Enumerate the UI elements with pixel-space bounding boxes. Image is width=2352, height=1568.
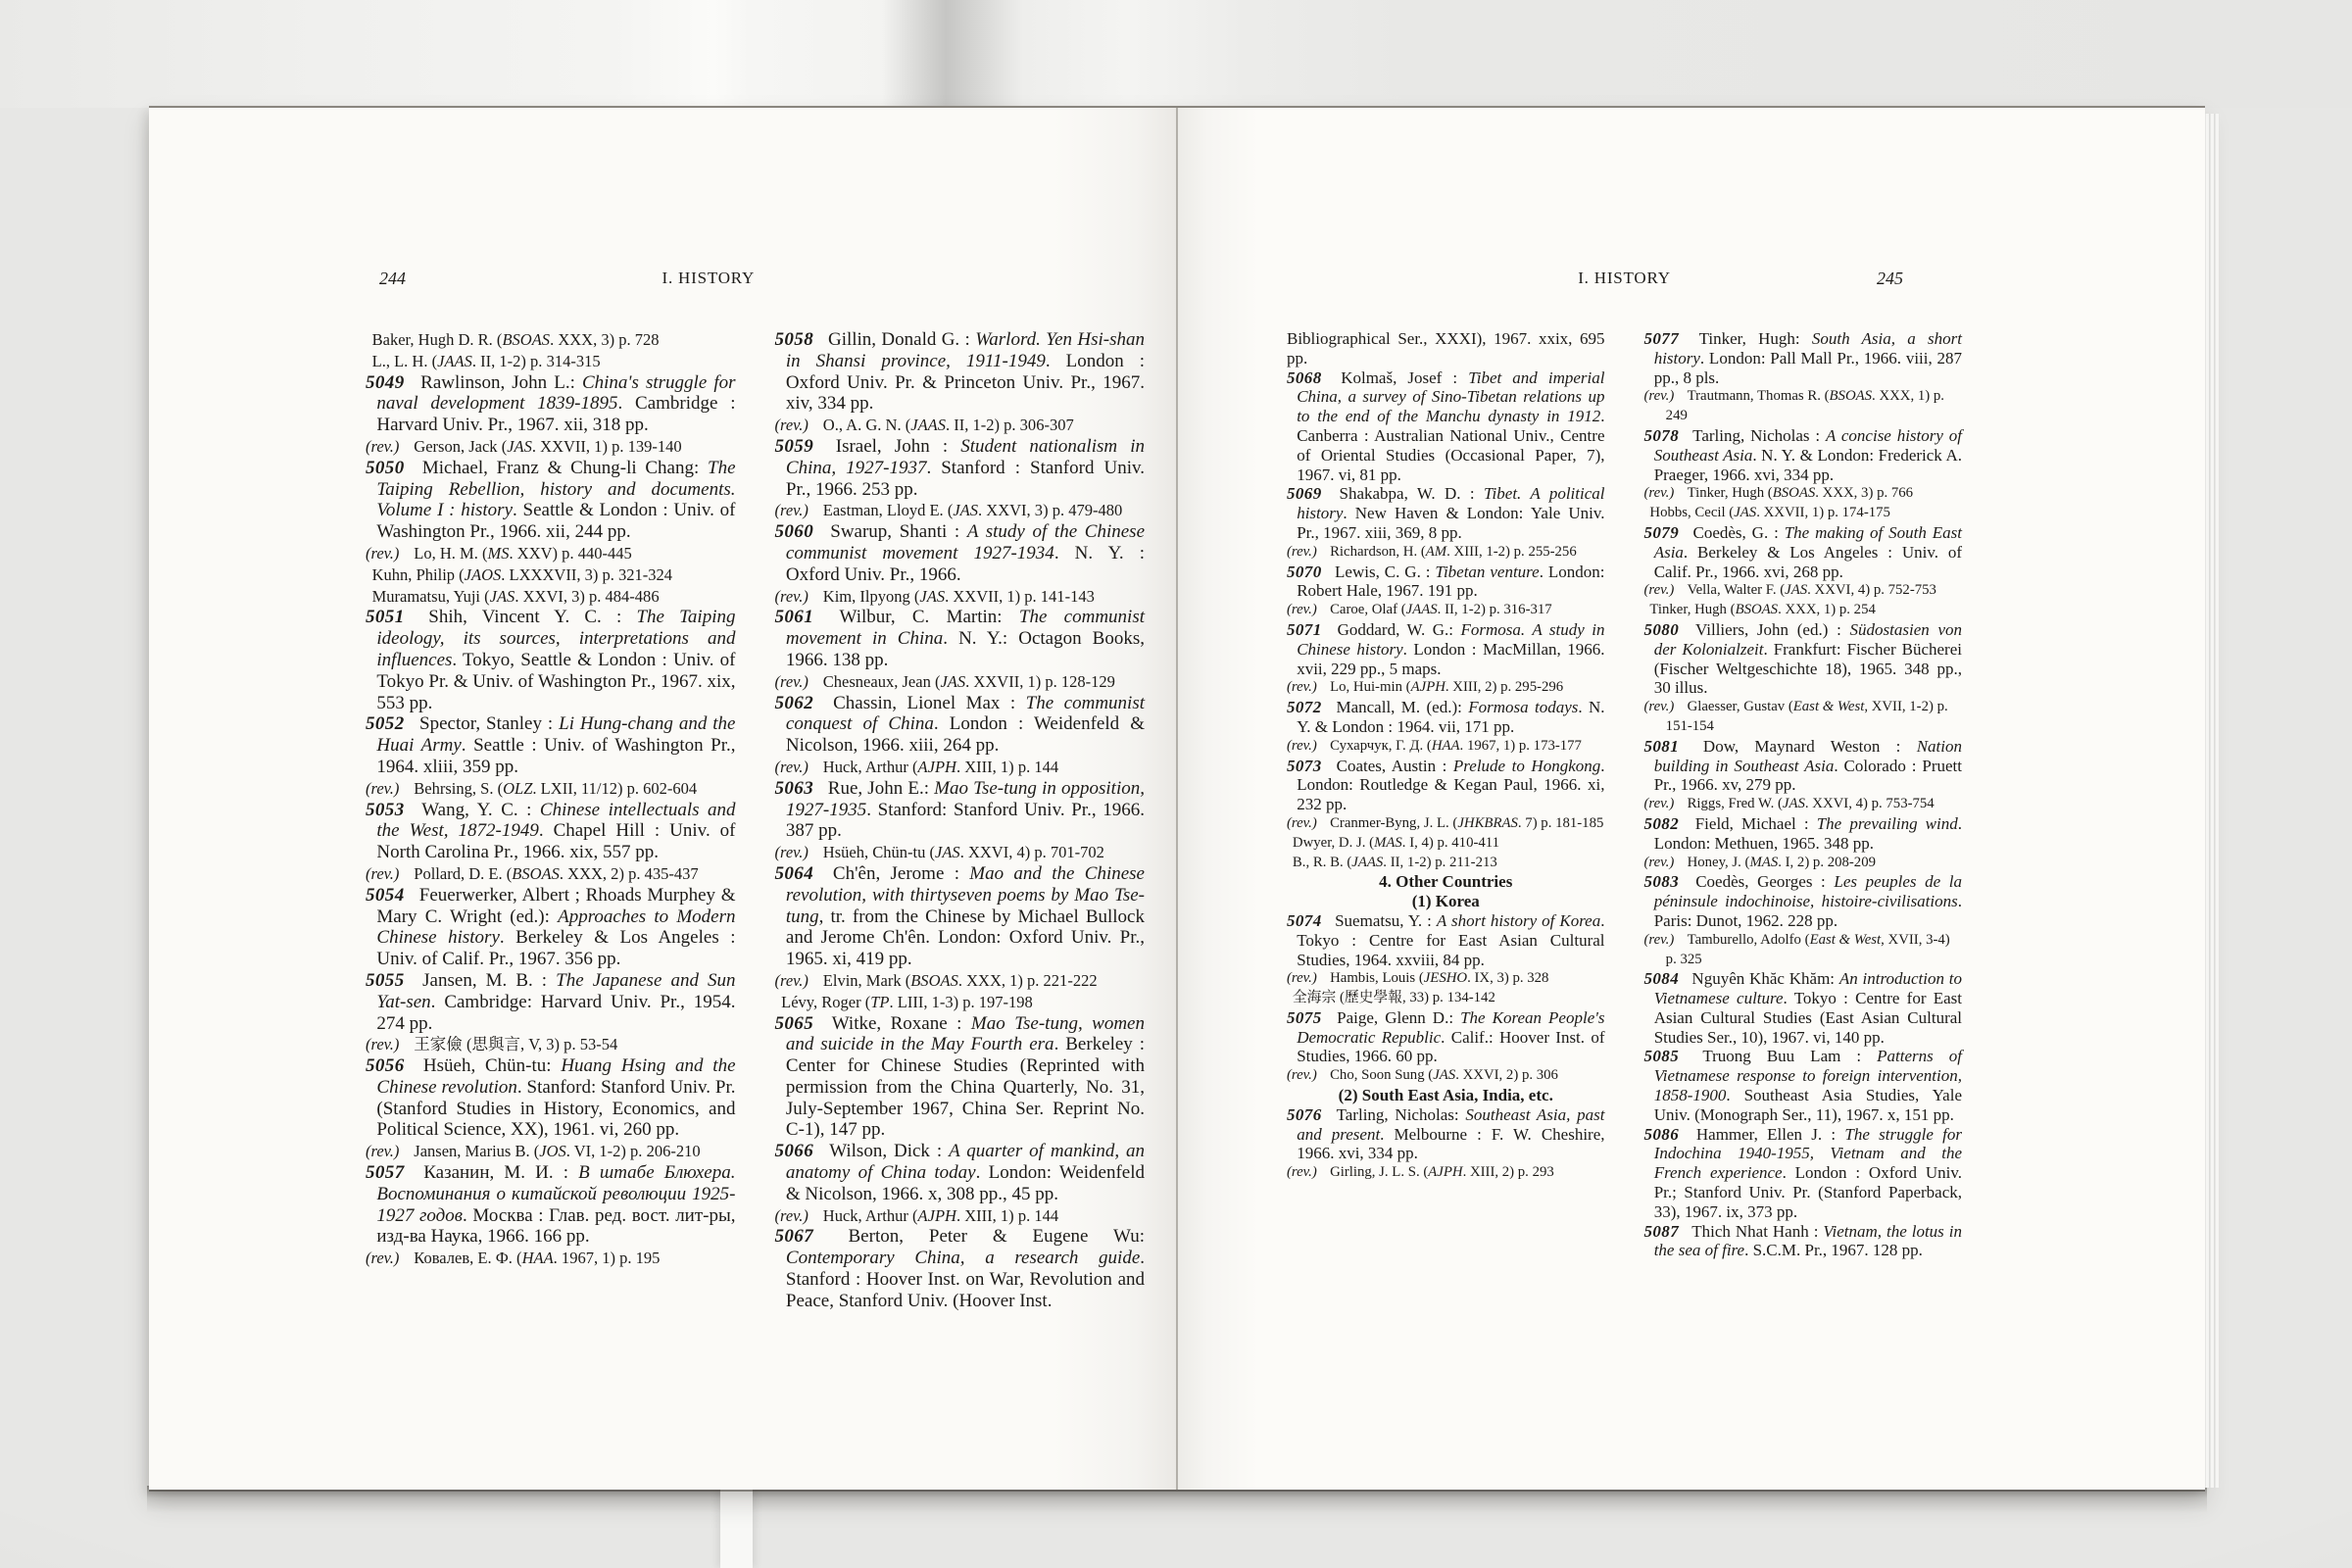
entry-number: 5073 (1287, 757, 1322, 775)
entry-number: 5055 (366, 970, 405, 991)
text-segment: JAS (1785, 582, 1807, 598)
text-segment: . S.C.M. Pr., 1967. 128 pp. (1744, 1241, 1923, 1259)
text-segment: Caroe, Olaf ( (1330, 602, 1406, 617)
review-line: (rev.)O., A. G. N. (JAAS. II, 1-2) p. 30… (775, 415, 1146, 436)
text-segment: Behrsing, S. ( (414, 779, 503, 798)
text-segment: AJPH (1411, 679, 1445, 695)
text-segment: Bibliographical Ser., XXXI), 1967. xxix,… (1287, 329, 1605, 367)
text-segment: JAS (1433, 1067, 1455, 1083)
text-segment: . XIII, 1) p. 144 (956, 1206, 1058, 1225)
page-number-left: 244 (379, 269, 406, 289)
review-marker: (rev.) (1287, 738, 1317, 754)
text-segment: JOS (539, 1142, 566, 1160)
bibliography-entry: 5080 Villiers, John (ed.) : Südostasien … (1644, 620, 1963, 698)
review-marker: (rev.) (1644, 855, 1675, 870)
text-segment: . 1967, 1) p. 195 (554, 1249, 661, 1267)
review-line: (rev.)Caroe, Olaf (JAAS. II, 1-2) p. 316… (1287, 601, 1605, 620)
text-segment: Gillin, Donald G. : (823, 329, 976, 350)
text-segment: Hsüeh, Chün-tu: (414, 1055, 561, 1076)
bibliography-entry: 5084 Nguyên Khăc Khăm: An introduction t… (1644, 969, 1963, 1047)
entry-number: 5072 (1287, 698, 1322, 716)
review-marker: (rev.) (775, 587, 808, 606)
page-244-body: Baker, Hugh D. R. (BSOAS. XXX, 3) p. 728… (366, 329, 1145, 1312)
text-segment: Muramatsu, Yuji ( (372, 587, 490, 606)
text-segment: Chassin, Lionel Max : (823, 693, 1026, 713)
text-segment: . XXVI, 4) p. 701-702 (960, 843, 1104, 861)
review-line: (rev.)Gerson, Jack (JAS. XXVII, 1) p. 13… (366, 436, 736, 458)
bibliography-entry: 5070 Lewis, C. G. : Tibetan venture. Lon… (1287, 563, 1605, 602)
text-segment: Kim, Ilpyong ( (823, 587, 920, 606)
page-245-column-1: Bibliographical Ser., XXXI), 1967. xxix,… (1287, 329, 1605, 1260)
text-segment: . XXX, 3) p. 766 (1815, 485, 1913, 501)
text-segment: BSOAS (512, 864, 560, 883)
text-segment: Tarling, Nicholas : (1688, 426, 1826, 445)
text-segment: A short history of Korea (1437, 911, 1600, 930)
review-line: (rev.)Cranmer-Byng, J. L. (JHKBRAS. 7) p… (1287, 814, 1605, 834)
bibliography-entry: 5064 Ch'ên, Jerome : Mao and the Chinese… (775, 863, 1146, 970)
page-stack-fore-edge (2205, 114, 2219, 1488)
text-segment: Tinker, Hugh: (1688, 329, 1812, 348)
text-segment: Prelude to Hongkong (1453, 757, 1600, 775)
review-marker: (rev.) (775, 758, 808, 776)
review-line: L., L. H. (JAAS. II, 1-2) p. 314-315 (366, 351, 736, 372)
text-segment: . XIII, 2) p. 295-296 (1445, 679, 1563, 695)
text-segment: Jansen, Marius B. ( (414, 1142, 539, 1160)
review-line: (rev.)Tinker, Hugh (BSOAS. XXX, 3) p. 76… (1644, 484, 1963, 504)
bibliography-entry: 5062 Chassin, Lionel Max : The communist… (775, 693, 1146, 757)
text-segment: Tamburello, Adolfo ( (1688, 932, 1810, 948)
bibliography-entry: 5049 Rawlinson, John L.: China's struggl… (366, 372, 736, 436)
text-segment: Field, Michael : (1688, 814, 1817, 833)
review-line: (rev.)Vella, Walter F. (JAS. XXVI, 4) p.… (1644, 581, 1963, 601)
entry-number: 5077 (1644, 329, 1680, 348)
review-marker: (rev.) (1287, 970, 1317, 986)
text-segment: 4. Other Countries (1379, 872, 1512, 891)
photo-background-top (0, 0, 2352, 108)
text-segment: AJPH (918, 758, 956, 776)
entry-number: 5086 (1644, 1125, 1680, 1144)
bibliography-entry: 5050 Michael, Franz & Chung-li Chang: Th… (366, 458, 736, 543)
text-segment: The prevailing wind (1817, 814, 1958, 833)
text-segment: Honey, J. ( (1688, 855, 1750, 870)
text-segment: Ch'ên, Jerome : (823, 863, 970, 884)
entry-number: 5066 (775, 1141, 814, 1161)
text-segment: JESHO (1424, 970, 1467, 986)
section-heading: 4. Other Countries (1287, 872, 1605, 892)
text-segment: . XXVII, 1) p. 141-143 (945, 587, 1095, 606)
text-segment: . II, 1-2) p. 211-213 (1383, 855, 1496, 870)
review-marker: (rev.) (1287, 602, 1317, 617)
bibliography-entry: 5071 Goddard, W. G.: Formosa. A study in… (1287, 620, 1605, 678)
review-line: (rev.)Сухарчук, Г. Д. (НАА. 1967, 1) p. … (1287, 737, 1605, 757)
review-line: (rev.)Lo, H. M. (MS. XXV) p. 440-445 (366, 543, 736, 564)
text-segment: (1) Korea (1412, 892, 1480, 910)
review-line: (rev.)Chesneaux, Jean (JAS. XXVII, 1) p.… (775, 671, 1146, 693)
text-segment: JAS (1783, 796, 1805, 811)
entry-number: 5078 (1644, 426, 1680, 445)
text-segment: JAS (935, 843, 960, 861)
bibliography-entry: 5073 Coates, Austin : Prelude to Hongkon… (1287, 757, 1605, 814)
text-segment: Coates, Austin : (1330, 757, 1453, 775)
bibliography-entry: 5086 Hammer, Ellen J. : The struggle for… (1644, 1125, 1963, 1222)
bibliography-entry: 5051 Shih, Vincent Y. C. : The Taiping i… (366, 607, 736, 713)
entry-number: 5068 (1287, 368, 1322, 387)
bibliography-entry: 5075 Paige, Glenn D.: The Korean People'… (1287, 1008, 1605, 1066)
bibliography-entry: 5066 Wilson, Dick : A quarter of mankind… (775, 1141, 1146, 1204)
bibliography-entry: 5074 Suematsu, Y. : A short history of K… (1287, 911, 1605, 969)
entry-number: 5050 (366, 458, 405, 478)
text-segment: Vella, Walter F. ( (1688, 582, 1786, 598)
text-segment: Formosa todays (1468, 698, 1578, 716)
review-marker: (rev.) (775, 843, 808, 861)
review-line: (rev.)Hsüeh, Chün-tu (JAS. XXVI, 4) p. 7… (775, 842, 1146, 863)
entry-number: 5085 (1644, 1047, 1680, 1065)
text-segment: Wilbur, C. Martin: (823, 607, 1019, 627)
entry-number: 5071 (1287, 620, 1322, 639)
review-line: Dwyer, D. J. (MAS. I, 4) p. 410-411 (1287, 834, 1605, 854)
text-segment: MS (488, 544, 510, 563)
page-244-header: 244 I. HISTORY (366, 269, 1145, 294)
entry-number: 5079 (1644, 523, 1680, 542)
page-244-column-1: Baker, Hugh D. R. (BSOAS. XXX, 3) p. 728… (366, 329, 736, 1312)
bibliography-entry: 5059 Israel, John : Student nationalism … (775, 436, 1146, 500)
text-segment: . 1967, 1) p. 173-177 (1460, 738, 1582, 754)
text-segment: Wang, Y. C. : (414, 800, 540, 820)
text-segment: Tarling, Nicholas: (1330, 1105, 1465, 1124)
entry-number: 5067 (775, 1226, 814, 1247)
entry-number: 5064 (775, 863, 814, 884)
review-line: (rev.)Trautmann, Thomas R. (BSOAS. XXX, … (1644, 387, 1963, 426)
review-marker: (rev.) (1644, 582, 1675, 598)
review-line: (rev.)Honey, J. (MAS. I, 2) p. 208-209 (1644, 854, 1963, 873)
review-line: (rev.)Jansen, Marius B. (JOS. VI, 1-2) p… (366, 1141, 736, 1162)
text-segment: . IX, 3) p. 328 (1467, 970, 1548, 986)
text-segment: AM (1426, 544, 1446, 560)
review-marker: (rev.) (1287, 815, 1317, 831)
bibliography-entry: 5054 Feuerwerker, Albert ; Rhoads Murphe… (366, 885, 736, 970)
running-head-left: I. HISTORY (662, 269, 756, 288)
entry-number: 5081 (1644, 737, 1680, 756)
text-segment: JAS (940, 672, 965, 691)
review-line: (rev.)Eastman, Lloyd E. (JAS. XXVI, 3) p… (775, 500, 1146, 521)
text-segment: Mancall, M. (ed.): (1330, 698, 1468, 716)
text-segment: AJPH (918, 1206, 956, 1225)
text-segment: . XXV) p. 440-445 (510, 544, 632, 563)
text-segment: . New Haven & London: Yale Univ. Pr., 19… (1297, 504, 1604, 542)
bibliography-entry: 5077 Tinker, Hugh: South Asia, a short h… (1644, 329, 1963, 387)
text-segment: TP (870, 993, 889, 1011)
page-245-body: Bibliographical Ser., XXXI), 1967. xxix,… (1287, 329, 1962, 1260)
text-segment: . XXVII, 1) p. 139-140 (532, 437, 682, 456)
text-segment: East & West (1793, 699, 1865, 714)
text-segment: . XXX, 2) p. 435-437 (560, 864, 699, 883)
bibliography-entry: 5056 Hsüeh, Chün-tu: Huang Hsing and the… (366, 1055, 736, 1141)
review-line: (rev.)Huck, Arthur (AJPH. XIII, 1) p. 14… (775, 1205, 1146, 1227)
review-marker: (rev.) (775, 672, 808, 691)
bibliography-entry: 5085 Truong Buu Lam : Patterns of Vietna… (1644, 1047, 1963, 1124)
review-line: Muramatsu, Yuji (JAS. XXVI, 3) p. 484-48… (366, 586, 736, 608)
bibliography-entry: 5052 Spector, Stanley : Li Hung-chang an… (366, 713, 736, 777)
text-segment: Cho, Soon Sung ( (1330, 1067, 1433, 1083)
review-marker: (rev.) (1287, 1164, 1317, 1180)
page-245-header: I. HISTORY 245 (1287, 269, 1962, 294)
text-segment: BSOAS (1773, 485, 1816, 501)
entry-number: 5075 (1287, 1008, 1322, 1027)
text-segment: НАА (522, 1249, 554, 1267)
entry-number: 5059 (775, 436, 814, 457)
bibliography-entry: 5081 Dow, Maynard Weston : Nation buildi… (1644, 737, 1963, 795)
text-segment: BSOAS (502, 330, 550, 349)
review-marker: (rev.) (366, 544, 399, 563)
review-marker: (rev.) (775, 971, 808, 990)
review-line: (rev.)Pollard, D. E. (BSOAS. XXX, 2) p. … (366, 863, 736, 885)
text-segment: Suematsu, Y. : (1330, 911, 1437, 930)
text-segment: O., A. G. N. ( (823, 416, 910, 434)
text-segment: Wilson, Dick : (823, 1141, 949, 1161)
text-segment: Tinker, Hugh ( (1649, 602, 1735, 617)
text-segment: . XXX, 1) p. 254 (1778, 602, 1876, 617)
bibliography-entry: 5079 Coedès, G. : The making of South Ea… (1644, 523, 1963, 581)
text-segment: Witke, Roxane : (823, 1013, 971, 1034)
running-head-right: I. HISTORY (1578, 269, 1671, 288)
bibliography-entry: 5063 Rue, John E.: Mao Tse-tung in oppos… (775, 778, 1146, 842)
review-line: (rev.)Elvin, Mark (BSOAS. XXX, 1) p. 221… (775, 970, 1146, 992)
review-marker: (rev.) (366, 864, 399, 883)
text-segment: OLZ (503, 779, 532, 798)
bibliography-entry: 5083 Coedès, Georges : Les peuples de la… (1644, 872, 1963, 930)
entry-number: 5060 (775, 521, 814, 542)
text-segment: . XIII, 1) p. 144 (956, 758, 1058, 776)
review-line: (rev.)Glaesser, Gustav (East & West, XVI… (1644, 698, 1963, 737)
review-line: (rev.)Cho, Soon Sung (JAS. XXVI, 2) p. 3… (1287, 1066, 1605, 1086)
review-marker: (rev.) (775, 416, 808, 434)
text-segment: Shih, Vincent Y. C. : (414, 607, 636, 627)
bibliography-entry: 5053 Wang, Y. C. : Chinese intellectuals… (366, 800, 736, 863)
text-segment: Glaesser, Gustav ( (1688, 699, 1793, 714)
review-line: (rev.)Huck, Arthur (AJPH. XIII, 1) p. 14… (775, 757, 1146, 778)
text-segment: Ковалев, Е. Ф. ( (414, 1249, 521, 1267)
text-segment: 全海宗 (歷史學報, 33) p. 134-142 (1293, 990, 1495, 1005)
text-segment: . XXVI, 3) p. 479-480 (978, 501, 1122, 519)
entry-number: 5065 (775, 1013, 814, 1034)
review-marker: (rev.) (775, 1206, 808, 1225)
text-segment: НАА (1432, 738, 1460, 754)
text-segment: Hambis, Louis ( (1330, 970, 1424, 986)
text-segment: . II, 1-2) p. 314-315 (472, 352, 601, 370)
subsection-heading: (1) Korea (1287, 892, 1605, 911)
text-segment: MAS (1374, 835, 1402, 851)
bibliography-entry: 5067 Berton, Peter & Eugene Wu: Contempo… (775, 1226, 1146, 1311)
text-segment: Tibetan venture (1435, 563, 1539, 581)
text-segment: (2) South East Asia, India, etc. (1339, 1086, 1553, 1104)
cradle-strip-bottom (720, 1482, 753, 1568)
text-segment: . Cambridge: Harvard Univ. Pr., 1954. 27… (376, 992, 735, 1034)
text-segment: . XIII, 2) p. 293 (1463, 1164, 1554, 1180)
text-segment: . I, 4) p. 410-411 (1402, 835, 1499, 851)
review-line: Hobbs, Cecil (JAS. XXVII, 1) p. 174-175 (1644, 504, 1963, 523)
review-marker: (rev.) (1287, 1067, 1317, 1083)
book-drop-shadow (147, 1486, 2207, 1513)
review-line: (rev.)Kim, Ilpyong (JAS. XXVII, 1) p. 14… (775, 586, 1146, 608)
text-segment: Jansen, M. B. : (414, 970, 556, 991)
text-segment: . LIII, 1-3) p. 197-198 (890, 993, 1033, 1011)
review-line: B., R. B. (JAAS. II, 1-2) p. 211-213 (1287, 854, 1605, 873)
review-line: (rev.)Ковалев, Е. Ф. (НАА. 1967, 1) p. 1… (366, 1248, 736, 1269)
review-line: Lévy, Roger (TP. LIII, 1-3) p. 197-198 (775, 992, 1146, 1013)
text-segment: Spector, Stanley : (414, 713, 559, 734)
text-segment: . XXVII, 1) p. 128-129 (965, 672, 1115, 691)
page-245: I. HISTORY 245 Bibliographical Ser., XXX… (1177, 108, 2205, 1490)
bibliography-entry: 5058 Gillin, Donald G. : Warlord. Yen Hs… (775, 329, 1146, 415)
text-segment: Huck, Arthur ( (823, 758, 918, 776)
review-line: (rev.)Richardson, H. (AM. XIII, 1-2) p. … (1287, 543, 1605, 563)
text-segment: . XXVI, 2) p. 306 (1455, 1067, 1558, 1083)
review-marker: (rev.) (1644, 485, 1675, 501)
text-segment: Eastman, Lloyd E. ( (823, 501, 954, 519)
text-segment: Казанин, М. И. : (414, 1162, 578, 1183)
bibliography-entry: 5057 Казанин, М. И. : В штабе Блюхера. В… (366, 1162, 736, 1248)
text-segment: . I, 2) p. 208-209 (1778, 855, 1876, 870)
text-segment: Coedès, G. : (1688, 523, 1785, 542)
entry-number: 5080 (1644, 620, 1680, 639)
text-segment: JAAS (1351, 855, 1383, 870)
bibliography-entry: 5087 Thich Nhat Hanh : Vietnam, the lotu… (1644, 1222, 1963, 1261)
review-line: Baker, Hugh D. R. (BSOAS. XXX, 3) p. 728 (366, 329, 736, 351)
bibliography-entry: 5076 Tarling, Nicholas: Southeast Asia, … (1287, 1105, 1605, 1163)
bibliography-entry: 5078 Tarling, Nicholas : A concise histo… (1644, 426, 1963, 484)
text-segment: Paige, Glenn D.: (1330, 1008, 1460, 1027)
review-marker: (rev.) (366, 437, 399, 456)
text-segment: Israel, John : (823, 436, 961, 457)
bibliography-entry: 5061 Wilbur, C. Martin: The communist mo… (775, 607, 1146, 670)
text-segment: . XXX, 1) p. 221-222 (958, 971, 1098, 990)
entry-number: 5057 (366, 1162, 405, 1183)
text-segment: Shakabpa, W. D. : (1330, 484, 1484, 503)
text-segment: Trautmann, Thomas R. ( (1688, 388, 1830, 404)
entry-number: 5070 (1287, 563, 1322, 581)
entry-number: 5058 (775, 329, 814, 350)
entry-number: 5076 (1287, 1105, 1322, 1124)
bibliography-entry: 5065 Witke, Roxane : Mao Tse-tung, women… (775, 1013, 1146, 1142)
review-line: 全海宗 (歷史學報, 33) p. 134-142 (1287, 989, 1605, 1008)
text-segment: Richardson, H. ( (1330, 544, 1426, 560)
text-segment: JAAS (437, 352, 472, 370)
text-segment: . XXX, 3) p. 728 (550, 330, 659, 349)
page-245-inner: I. HISTORY 245 Bibliographical Ser., XXX… (1177, 108, 2205, 1490)
bibliography-entry: 5082 Field, Michael : The prevailing win… (1644, 814, 1963, 854)
book-scan-photo: 244 I. HISTORY Baker, Hugh D. R. (BSOAS.… (0, 0, 2352, 1568)
review-line: (rev.)Behrsing, S. (OLZ. LXII, 11/12) p.… (366, 778, 736, 800)
text-segment: . II, 1-2) p. 306-307 (946, 416, 1074, 434)
review-line: (rev.)Riggs, Fred W. (JAS. XXVI, 4) p. 7… (1644, 795, 1963, 814)
text-segment: AJPH (1428, 1164, 1462, 1180)
text-segment: 王家儉 (思與言, V, 3) p. 53-54 (414, 1035, 617, 1053)
text-segment: Girling, J. L. S. ( (1330, 1164, 1428, 1180)
text-segment: Kuhn, Philip ( (372, 565, 465, 584)
review-marker: (rev.) (1644, 388, 1675, 404)
text-segment: L., L. H. ( (372, 352, 438, 370)
review-marker: (rev.) (775, 501, 808, 519)
text-segment: . XXVII, 1) p. 174-175 (1756, 505, 1890, 520)
text-segment: Elvin, Mark ( (823, 971, 910, 990)
text-segment: BSOAS (1736, 602, 1779, 617)
text-segment: MAS (1749, 855, 1778, 870)
text-segment: Lewis, C. G. : (1330, 563, 1435, 581)
page-244-column-2: 5058 Gillin, Donald G. : Warlord. Yen Hs… (775, 329, 1146, 1312)
entry-number: 5053 (366, 800, 405, 820)
book-spread: 244 I. HISTORY Baker, Hugh D. R. (BSOAS.… (149, 106, 2205, 1490)
text-segment: . XIII, 1-2) p. 255-256 (1446, 544, 1577, 560)
entry-number: 5063 (775, 778, 814, 799)
bibliography-entry: 5069 Shakabpa, W. D. : Tibet. A politica… (1287, 484, 1605, 542)
text-segment: Gerson, Jack ( (414, 437, 507, 456)
text-segment: . LXII, 11/12) p. 602-604 (532, 779, 697, 798)
page-244: 244 I. HISTORY Baker, Hugh D. R. (BSOAS.… (149, 108, 1177, 1490)
text-segment: Lévy, Roger ( (781, 993, 870, 1011)
review-line: Tinker, Hugh (BSOAS. XXX, 1) p. 254 (1644, 601, 1963, 620)
review-marker: (rev.) (366, 779, 399, 798)
text-segment: Dwyer, D. J. ( (1293, 835, 1374, 851)
entry-number: 5069 (1287, 484, 1322, 503)
text-segment: Truong Buu Lam : (1688, 1047, 1878, 1065)
entry-number: 5083 (1644, 872, 1680, 891)
text-segment: BSOAS (1830, 388, 1873, 404)
page-245-column-2: 5077 Tinker, Hugh: South Asia, a short h… (1644, 329, 1963, 1260)
text-segment: Rue, John E.: (823, 778, 935, 799)
entry-number: 5062 (775, 693, 814, 713)
review-line: (rev.)Tamburello, Adolfo (East & West, X… (1644, 931, 1963, 970)
text-segment: Villiers, John (ed.) : (1688, 620, 1850, 639)
text-segment: , tr. from the Chinese by Michael Bulloc… (786, 906, 1145, 970)
text-segment: Hammer, Ellen J. : (1688, 1125, 1845, 1144)
text-segment: Goddard, W. G.: (1330, 620, 1460, 639)
text-segment: Lo, Hui-min ( (1330, 679, 1411, 695)
review-marker: (rev.) (1287, 679, 1317, 695)
text-segment: Kolmaš, Josef : (1330, 368, 1468, 387)
entry-number: 5052 (366, 713, 405, 734)
text-segment: Rawlinson, John L.: (414, 372, 582, 393)
text-segment: Thich Nhat Hanh : (1688, 1222, 1824, 1241)
subsection-heading: (2) South East Asia, India, etc. (1287, 1086, 1605, 1105)
text-segment: Chesneaux, Jean ( (823, 672, 941, 691)
review-line: (rev.)Hambis, Louis (JESHO. IX, 3) p. 32… (1287, 969, 1605, 989)
entry-number: 5049 (366, 372, 405, 393)
review-marker: (rev.) (1287, 544, 1317, 560)
text-segment: JAS (1734, 505, 1756, 520)
text-segment: JAS (953, 501, 978, 519)
review-line: Kuhn, Philip (JAOS. LXXXVII, 3) p. 321-3… (366, 564, 736, 586)
review-line: (rev.)Lo, Hui-min (AJPH. XIII, 2) p. 295… (1287, 678, 1605, 698)
text-segment: JAAS (1406, 602, 1438, 617)
text-segment: Pollard, D. E. ( (414, 864, 512, 883)
text-segment: Hsüeh, Chün-tu ( (823, 843, 935, 861)
text-segment: JAAS (910, 416, 946, 434)
review-marker: (rev.) (366, 1142, 399, 1160)
text-segment: Сухарчук, Г. Д. ( (1330, 738, 1432, 754)
text-segment: . XXVI, 4) p. 753-754 (1805, 796, 1935, 811)
text-segment: Lo, H. M. ( (414, 544, 487, 563)
text-segment: Michael, Franz & Chung-li Chang: (414, 458, 708, 478)
bibliography-entry: 5068 Kolmaš, Josef : Tibet and imperial … (1287, 368, 1605, 485)
text-segment: . 7) p. 181-185 (1518, 815, 1603, 831)
text-segment: . XXVI, 3) p. 484-486 (514, 587, 659, 606)
text-segment: Huck, Arthur ( (823, 1206, 918, 1225)
text-segment: JAS (507, 437, 532, 456)
text-segment: . Berkeley & Los Angeles : Univ. of Cali… (1654, 543, 1962, 581)
entry-number: 5054 (366, 885, 405, 906)
text-segment: Coedès, Georges : (1688, 872, 1835, 891)
text-segment: Baker, Hugh D. R. ( (372, 330, 503, 349)
